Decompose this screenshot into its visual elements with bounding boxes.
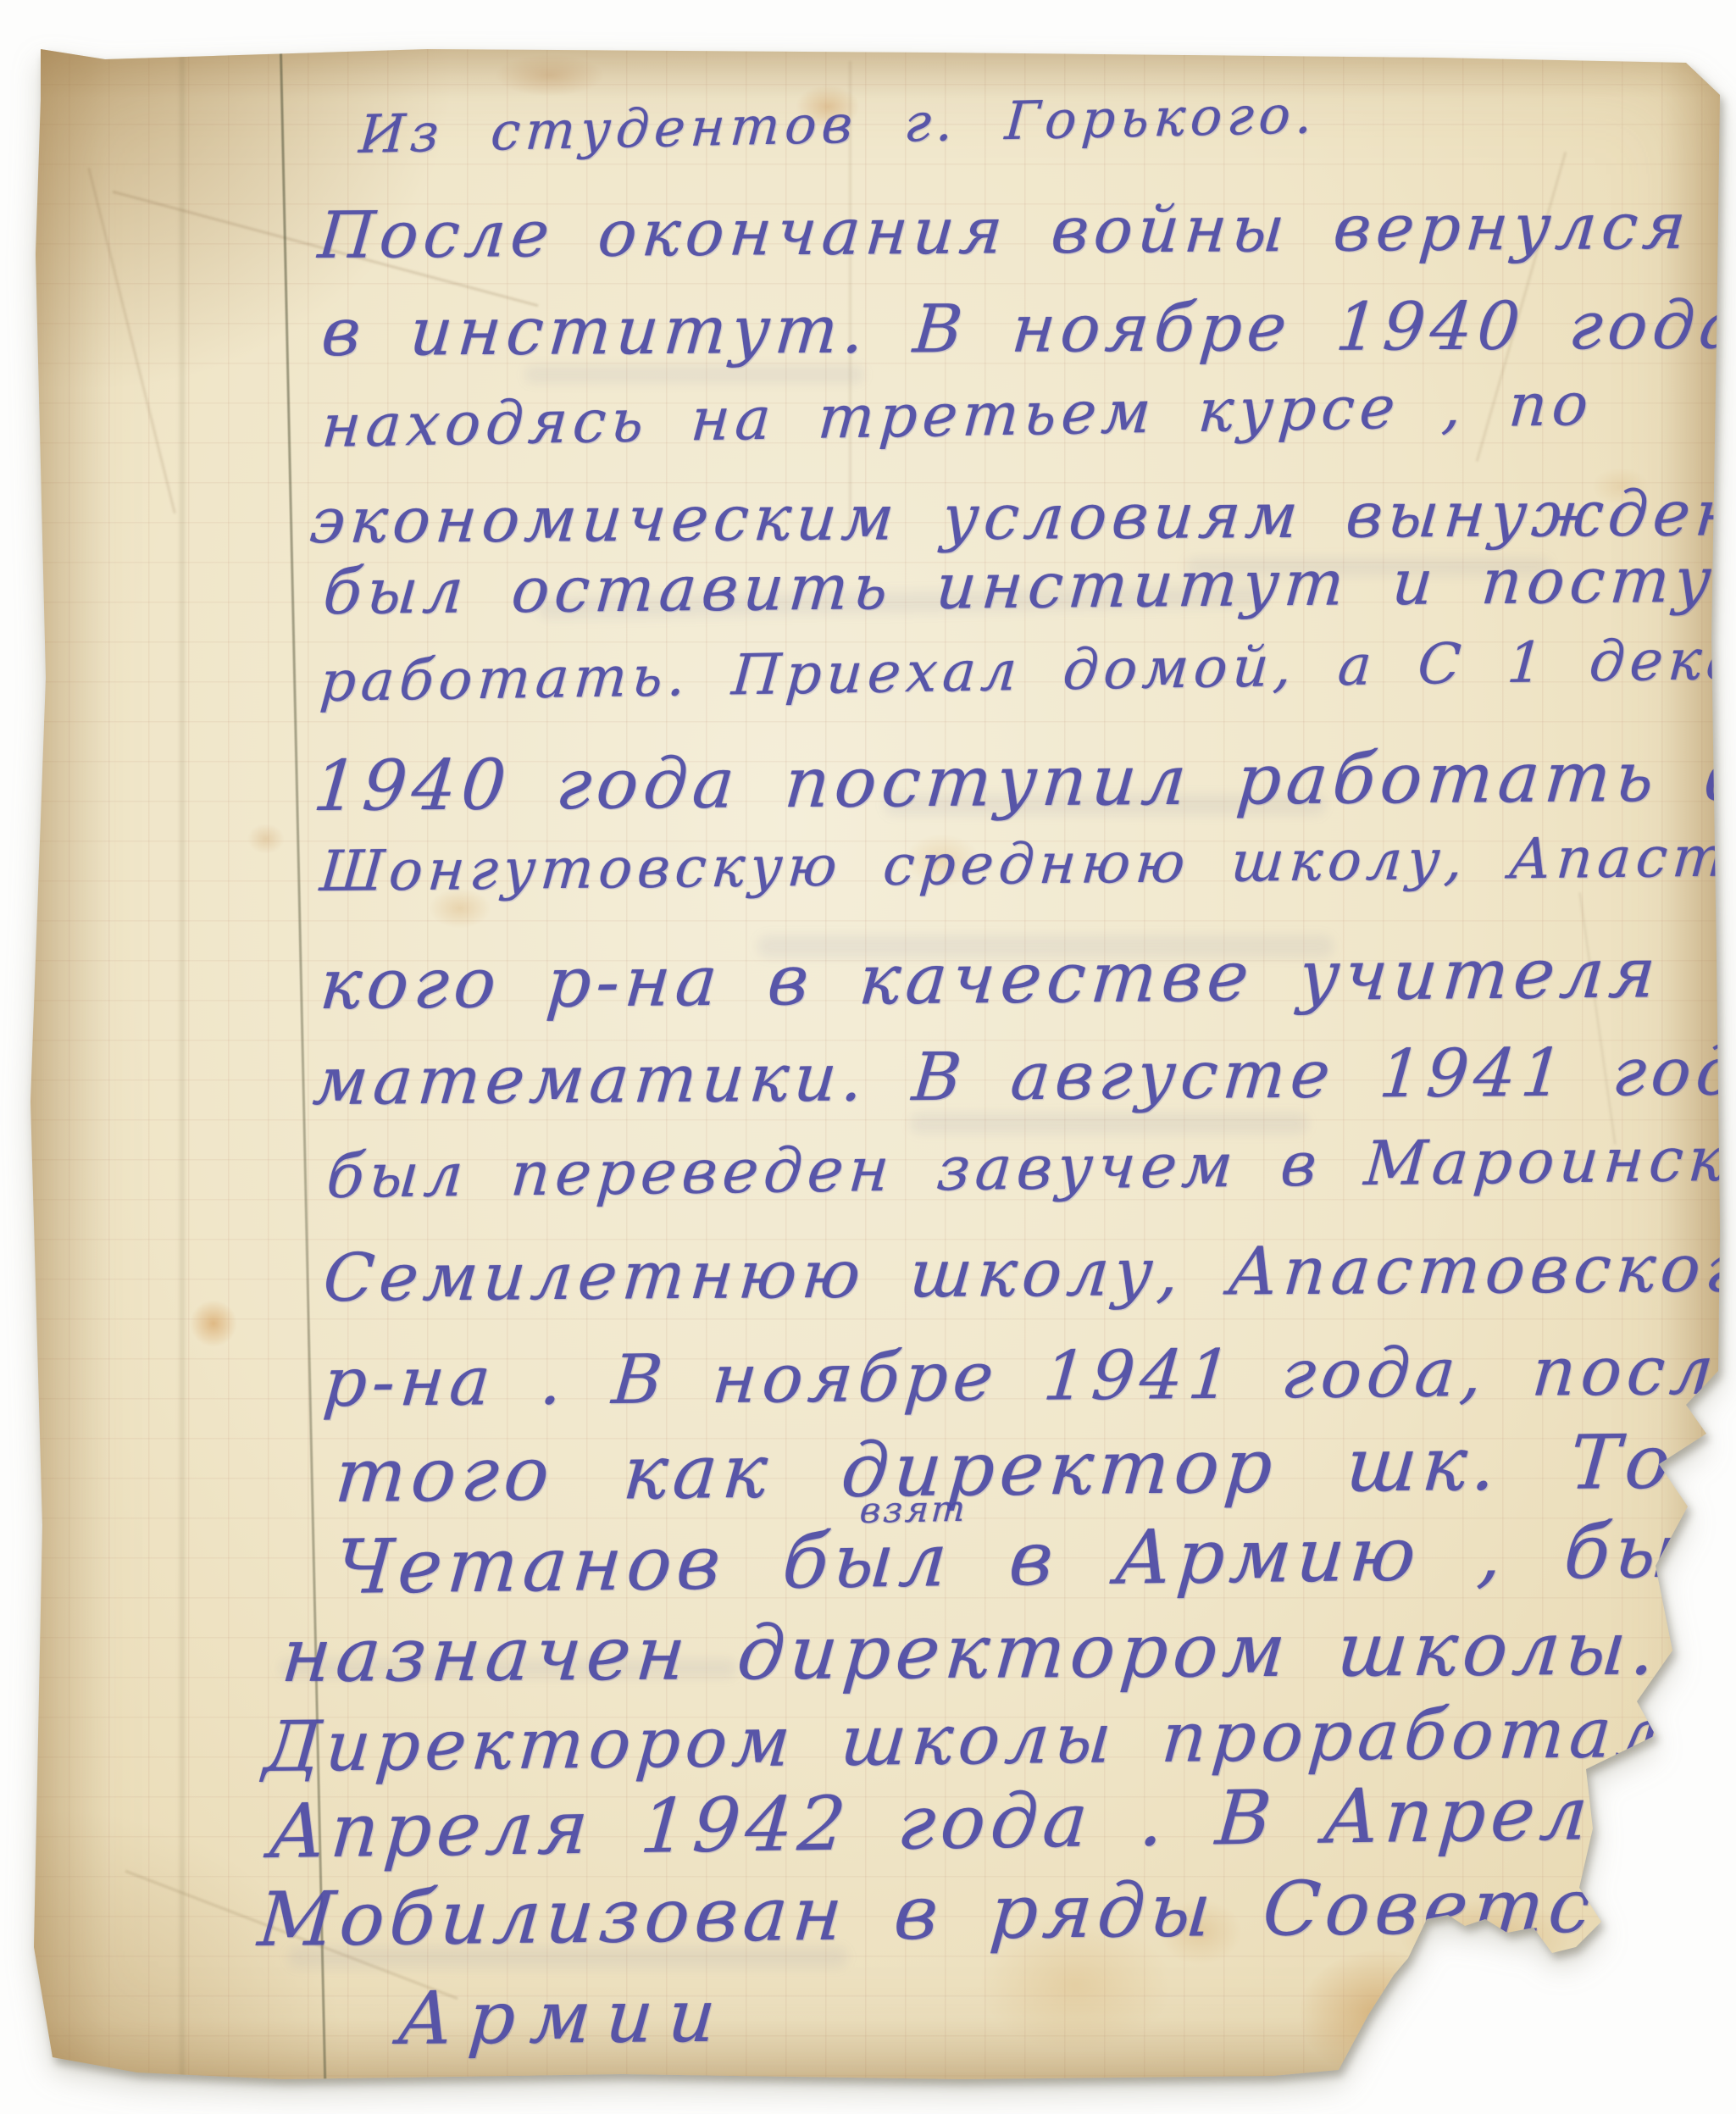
handwritten-line: был оставить институт и поступить [321,547,1736,624]
handwritten-line: Апреля 1942 года . В Апреле был [267,1773,1736,1869]
handwritten-line: в институт. В ноябре 1940 года, [319,292,1736,366]
handwritten-line: Армии [396,1980,734,2056]
handwritten-line: После окончания войны вернулся [316,194,1694,268]
inserted-word-above-line: взят [859,1491,969,1529]
handwritten-line: кого р-на в качестве учителя [318,939,1663,1020]
paper-sheet: Из студентов г. Горького. После окончани… [0,0,1736,2114]
handwritten-line: Мобилизован в ряды Советской [256,1867,1736,1957]
handwritten-line: того как директор шк. Тов [333,1424,1727,1513]
paper-surface: Из студентов г. Горького. После окончани… [29,44,1725,2081]
handwritten-line: р-на . В ноябре 1941 года, после [321,1336,1736,1417]
handwritten-line: математики. В августе 1941 года [311,1039,1736,1115]
handwritten-line: назначен директором школы. [279,1611,1662,1693]
handwritten-line: Шонгутовскую среднюю школу, Апастовс- [318,828,1736,900]
handwritten-line: Четанов был в Армию , был [333,1513,1736,1605]
handwritten-line: Семилетнюю школу, Апастовского [321,1235,1736,1312]
handwritten-line: находясь на третьем курсе , по [320,375,1595,456]
handwritten-line: Из студентов г. Горького. [358,88,1319,161]
handwritten-line: 1940 года поступил работать в [311,742,1736,822]
scan-background: Из студентов г. Горького. После окончани… [0,0,1736,2114]
handwritten-line: работать. Приехал домой, а С 1 декабря [319,630,1736,710]
handwritten-line: был переведен завучем в Мароинскую [324,1127,1736,1207]
handwritten-text: Из студентов г. Горького. После окончани… [29,44,1725,2081]
handwritten-line: экономическим условиям вынужден [308,482,1736,552]
